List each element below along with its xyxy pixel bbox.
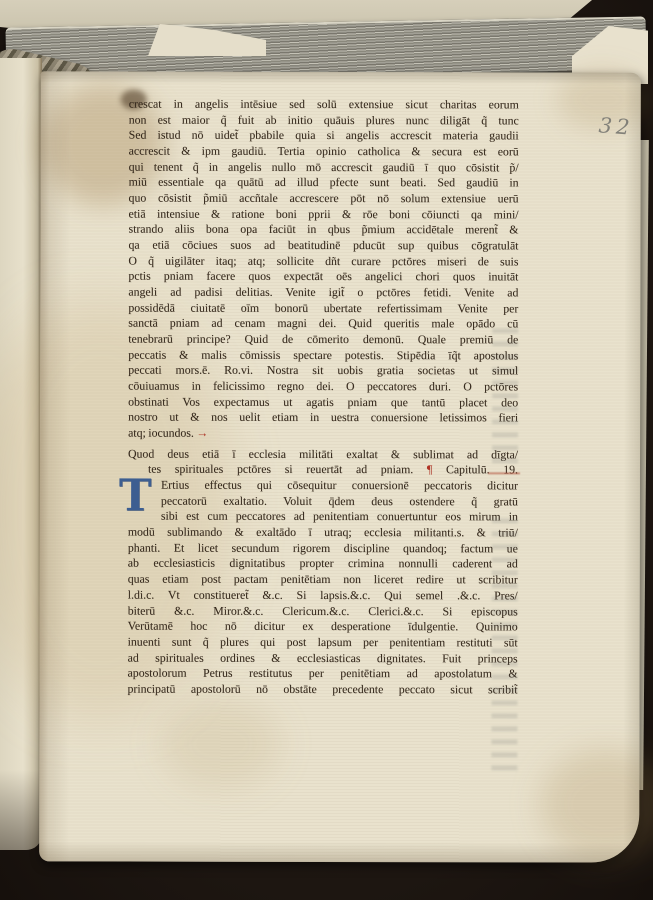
rubric-mark: ¶	[427, 463, 446, 477]
text-line: quas etiam post pactam penitētiam non li…	[128, 572, 518, 588]
text-line: sibi est cum peccatores ad penitentiam c…	[161, 509, 518, 525]
text-line: Ertius effectus qui cōsequitur conuersio…	[161, 478, 518, 494]
text-line: obstinati Vos expectamus ut agatis pniam…	[128, 394, 518, 410]
text-line: apostolorum Petrus restitutus per penitē…	[128, 666, 518, 682]
text-segment: strando aliis bona opa faciūt in qbus p̃…	[128, 222, 518, 237]
text-line: ¶Quod deus etiā ī ecclesia militāti exal…	[128, 446, 518, 462]
text-line: peccatis & malis cōmissis spectare potes…	[128, 347, 518, 363]
text-line: qa etiā cōciues suos ad beatitudinē pduc…	[128, 238, 518, 254]
text-segment: quas etiam post pactam penitētiam non li…	[128, 572, 518, 587]
text-segment: etiā intensiue & ratione boni pprii & rō…	[129, 206, 519, 221]
folio-number: 32	[598, 113, 634, 139]
text-line: ab ecclesiasticis dignitatibus propter c…	[128, 556, 518, 572]
text-line: l.di.c. Vt constitueret̃ &.c. Si lapsis.…	[128, 587, 518, 603]
text-line: phanti. Et licet secundum rigorem discip…	[128, 540, 518, 556]
text-segment: peccati mors.ē. Ro.vi. Nostra sit uobis …	[128, 363, 518, 378]
illuminated-initial: T	[119, 480, 153, 511]
text-segment: peccatis & malis cōmissis spectare potes…	[128, 347, 518, 362]
text-segment: non est maior q̃ fuit ab initio quāuis p…	[129, 112, 519, 127]
stain	[539, 748, 653, 860]
text-segment: atq; iocundos.	[128, 426, 196, 440]
text-segment: sanctā pniam ad cenam magni dei. Quid qu…	[128, 316, 518, 331]
text-segment: Capitulū. 19.	[446, 463, 518, 477]
text-segment: peccatorū exaltatio. Voluit q̄dem deus o…	[161, 493, 518, 508]
text-segment: tenebrarū principe? Quid de cōmerito dem…	[128, 332, 518, 347]
text-line: peccati mors.ē. Ro.vi. Nostra sit uobis …	[128, 363, 518, 379]
manuscript-page: 32 crescat in angelis intēsiue sed solū …	[39, 71, 641, 862]
paragraph-1: crescat in angelis intēsiue sed solū ext…	[128, 97, 519, 443]
text-line: nostro ut & nos uelit etiam in uestra co…	[128, 410, 518, 426]
text-segment: ab ecclesiasticis dignitatibus propter c…	[128, 556, 518, 571]
text-line: strando aliis bona opa faciūt in qbus p̃…	[128, 222, 518, 238]
text-segment: ad spirituales ordines & ecclesiasticas …	[128, 650, 518, 665]
text-line: Verūtamē hoc nō dicitur ex desperatione …	[128, 619, 518, 635]
text-segment: qa etiā cōciues suos ad beatitudinē pduc…	[128, 238, 518, 253]
text-segment: Quod deus etiā ī ecclesia militāti exalt…	[128, 446, 518, 461]
chapter-2: TErtius effectus qui cōsequitur conuersi…	[128, 478, 518, 698]
text-segment: l.di.c. Vt constitueret̃ &.c. Si lapsis.…	[128, 587, 518, 602]
text-line: possidēdā ciuitatē oīm bonorū ubertate r…	[128, 300, 518, 316]
text-segment: nostro ut & nos uelit etiam in uestra co…	[128, 410, 518, 425]
text-segment: obstinati Vos expectamus ut agatis pniam…	[128, 394, 518, 409]
text-line: accrescit & ipm gaudiū. Tertia opinio ca…	[129, 144, 519, 160]
text-line: tenebrarū principe? Quid de cōmerito dem…	[128, 332, 518, 348]
text-segment: quo cōsistit p̃miū accñtale accrescere p…	[129, 191, 519, 206]
text-segment: apostolorum Petrus restitutus per penitē…	[128, 666, 518, 681]
text-segment: modū sublimando & exaltādo ī utraq; eccl…	[128, 525, 518, 540]
text-line: crescat in angelis intēsiue sed solū ext…	[129, 97, 519, 113]
text-line: non est maior q̃ fuit ab initio quāuis p…	[129, 112, 519, 128]
text-segment: sibi est cum peccatores ad penitentiam c…	[161, 509, 518, 524]
text-segment: accrescit & ipm gaudiū. Tertia opinio ca…	[129, 144, 519, 159]
text-segment: angeli ad padisi delitias. Venite igit̃ …	[128, 285, 518, 300]
text-line: qui tenent q̃ in angelis nullo mō accres…	[129, 159, 519, 175]
text-segment: possidēdā ciuitatē oīm bonorū ubertate r…	[128, 300, 518, 315]
text-line: miū essentiale qa quātū ad illud pfecte …	[129, 175, 519, 191]
text-line: principatū apostolorū nō obstāte precede…	[128, 681, 518, 697]
text-segment: qui tenent q̃ in angelis nullo mō accres…	[129, 159, 519, 174]
text-segment: biterū &.c. Miror.&.c. Clericum.&.c. Cle…	[128, 603, 518, 618]
text-segment: Sed istud nō uidet̃ pbabile quia si ange…	[129, 128, 519, 143]
text-line: biterū &.c. Miror.&.c. Clericum.&.c. Cle…	[128, 603, 518, 619]
text-line: etiā intensiue & ratione boni pprii & rō…	[129, 206, 519, 222]
stain	[159, 698, 281, 790]
text-segment: crescat in angelis intēsiue sed solū ext…	[129, 97, 519, 112]
text-line: ad spirituales ordines & ecclesiasticas …	[128, 650, 518, 666]
text-segment: pctis pniam facere quos expectāt oēs ang…	[128, 269, 518, 284]
text-line: quo cōsistit p̃miū accñtale accrescere p…	[129, 191, 519, 207]
bleedthrough-rubric-line	[488, 472, 520, 474]
chapter-heading: ¶Quod deus etiā ī ecclesia militāti exal…	[128, 446, 518, 478]
text-segment: O q̃ uigilāter itaq; atq; sollicite dñt …	[128, 253, 518, 268]
text-segment: miū essentiale qa quātū ad illud pfecte …	[129, 175, 519, 190]
text-segment: principatū apostolorū nō obstāte precede…	[128, 681, 518, 696]
book-photograph: 32 crescat in angelis intēsiue sed solū …	[0, 0, 653, 900]
rubric-mark: →	[196, 426, 208, 440]
text-line: peccatorū exaltatio. Voluit q̄dem deus o…	[161, 493, 518, 509]
text-line: atq; iocundos. →	[128, 426, 518, 442]
text-segment: cōuiuamus in felicissimo regno dei. O pe…	[128, 379, 518, 394]
text-segment: inuenti sunt q̃ plures qui post lapsum p…	[128, 634, 518, 649]
text-segment: Ertius effectus qui cōsequitur conuersio…	[161, 478, 518, 493]
text-segment: Verūtamē hoc nō dicitur ex desperatione …	[128, 619, 518, 634]
text-line: pctis pniam facere quos expectāt oēs ang…	[128, 269, 518, 285]
text-line: sanctā pniam ad cenam magni dei. Quid qu…	[128, 316, 518, 332]
text-line: tes spirituales pctōres si reuertāt ad p…	[128, 462, 518, 478]
text-line: Sed istud nō uidet̃ pbabile quia si ange…	[129, 128, 519, 144]
text-segment: phanti. Et licet secundum rigorem discip…	[128, 540, 518, 555]
text-line: O q̃ uigilāter itaq; atq; sollicite dñt …	[128, 253, 518, 269]
text-line: inuenti sunt q̃ plures qui post lapsum p…	[128, 634, 518, 650]
facing-page-gutter	[0, 58, 42, 850]
text-segment: tes spirituales pctōres si reuertāt ad p…	[148, 462, 427, 477]
text-line: modū sublimando & exaltādo ī utraq; eccl…	[128, 525, 518, 541]
text-block: crescat in angelis intēsiue sed solū ext…	[128, 97, 519, 698]
text-line: angeli ad padisi delitias. Venite igit̃ …	[128, 285, 518, 301]
text-line: cōuiuamus in felicissimo regno dei. O pe…	[128, 379, 518, 395]
